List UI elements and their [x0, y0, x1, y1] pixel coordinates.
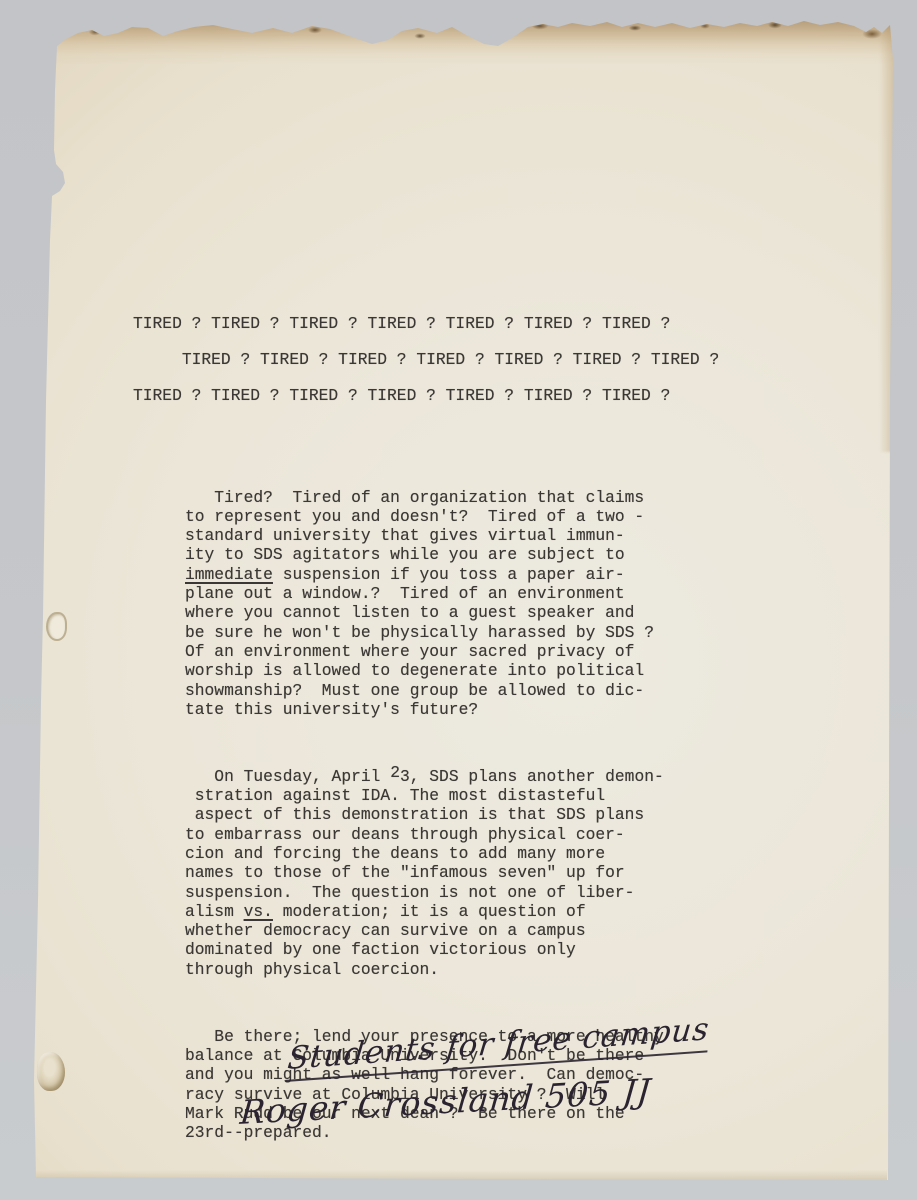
- paragraph-2-text: 3, SDS plans another demon- stration aga…: [185, 767, 664, 921]
- paragraph-1: Tired? Tired of an organization that cla…: [185, 488, 664, 720]
- paragraph-1-text: Tired? Tired of an organization that cla…: [185, 488, 644, 565]
- underlined-word-immediate: immediate: [185, 565, 273, 584]
- torn-edge-specks: [0, 16, 917, 50]
- aged-right-edge: [879, 22, 897, 452]
- paragraph-2-text: On Tuesday, April: [185, 767, 390, 786]
- underlined-word-vs: vs.: [244, 902, 273, 921]
- paper-sheet: TIRED ? TIRED ? TIRED ? TIRED ? TIRED ? …: [0, 0, 917, 1200]
- paragraph-1-text: suspension if you toss a paper air- plan…: [185, 565, 654, 719]
- raised-typed-digit: 2: [390, 763, 400, 782]
- scanned-document: TIRED ? TIRED ? TIRED ? TIRED ? TIRED ? …: [0, 0, 917, 1200]
- paragraph-2: On Tuesday, April 23, SDS plans another …: [185, 767, 664, 979]
- staple-mark: [46, 612, 67, 641]
- punch-hole: [37, 1052, 65, 1091]
- tired-header: TIRED ? TIRED ? TIRED ? TIRED ? TIRED ? …: [133, 306, 719, 414]
